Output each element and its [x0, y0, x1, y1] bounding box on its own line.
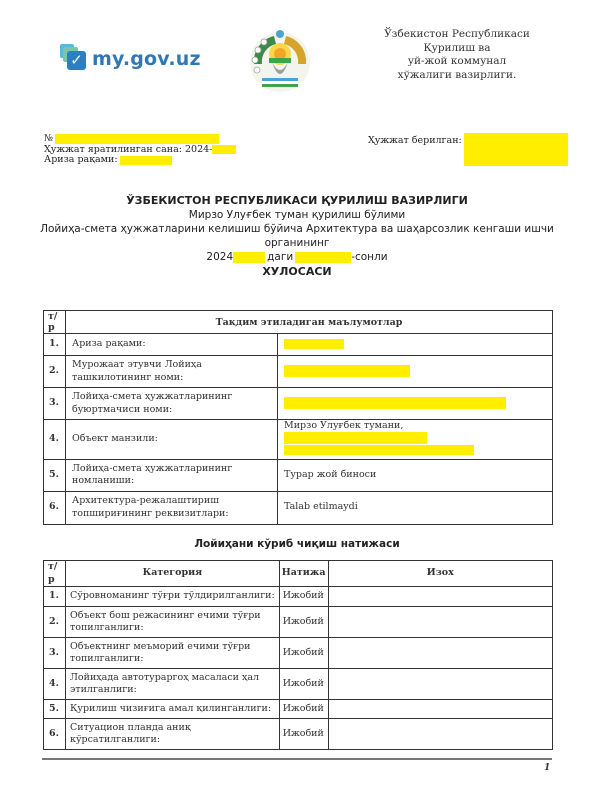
row-result: Ижобий: [279, 587, 328, 607]
row-number: 3.: [44, 388, 66, 420]
table-row: 2. Объект бош режасининг ечими тўғри топ…: [44, 607, 553, 638]
row-label: Мурожаат этувчи Лойиҳа ташкилотининг ном…: [66, 356, 278, 388]
table-row: 5. Қурилиш чизиғига амал қилинганлиги: И…: [44, 700, 553, 719]
row-result: Ижобий: [279, 638, 328, 669]
redacted-value: [284, 339, 344, 349]
row-note: [328, 719, 552, 750]
ministry-line: уй-жой коммунал: [382, 55, 532, 69]
footer-divider: [42, 758, 552, 760]
table-row: 2. Мурожаат этувчи Лойиҳа ташкилотининг …: [44, 356, 553, 388]
review-results-title: Лойиҳани кўриб чиқиш натижаси: [20, 538, 574, 550]
row-number: 2.: [44, 356, 66, 388]
submitted-info-table: т/р Тақдим этиладиган маълумотлар 1. Ари…: [43, 310, 553, 525]
row-category: Қурилиш чизиғига амал қилинганлиги:: [66, 700, 280, 719]
redacted-recipient: [464, 133, 568, 166]
document-meta: № Ҳужжат яратилинган сана: 2024- Ариза р…: [44, 134, 236, 166]
redacted-value: [284, 397, 506, 409]
row-category: Объектнинг меъморий ечими тўғри топилган…: [66, 638, 280, 669]
redacted-value: [284, 445, 474, 455]
redacted-date: [212, 145, 236, 154]
row-note: [328, 638, 552, 669]
ministry-header: Ўзбекистон Республикаси Қурилиш ва уй-жо…: [382, 28, 532, 82]
row-value: Турар жой биноси: [278, 459, 553, 491]
table-row: 4. Лойиҳада автотураргоҳ масаласи ҳал эт…: [44, 669, 553, 700]
council-title: Лойиҳа-смета ҳужжатларини келишиш бўйича…: [20, 222, 574, 236]
col-header-note: Изох: [328, 561, 552, 587]
table-header-row: т/р Тақдим этиладиган маълумотлар: [44, 311, 553, 334]
row-value: [278, 334, 553, 356]
review-results-table: т/р Категория Натижа Изох 1. Сўровномани…: [43, 560, 553, 750]
redacted-number: [55, 134, 219, 144]
table-row: 6. Ситуацион планда аниқ кўрсатилганлиги…: [44, 719, 553, 750]
ministry-line: хўжалиги вазирлиги.: [382, 69, 532, 83]
redacted-application-number: [120, 156, 172, 165]
table-row: 6. Архитектура-режалаштириш топшириғинин…: [44, 491, 553, 524]
row-number: 5.: [44, 459, 66, 491]
address-value: Мирзо Улуғбек тумани,: [284, 420, 403, 431]
state-emblem-icon: [244, 24, 316, 96]
row-value: Talab etilmaydi: [278, 491, 553, 524]
redacted-value: [284, 432, 427, 444]
redacted-doc-number: [295, 252, 351, 263]
redacted-date: [233, 252, 265, 263]
row-value: [278, 388, 553, 420]
col-header-number: т/р: [44, 561, 66, 587]
row-note: [328, 607, 552, 638]
row-label: Лойиҳа-смета ҳужжатларининг буюртмачиси …: [66, 388, 278, 420]
table-row: 5. Лойиҳа-смета ҳужжатларининг номланиши…: [44, 459, 553, 491]
row-number: 6.: [44, 491, 66, 524]
checkmark-icon: ✓: [60, 44, 86, 74]
row-value: Мирзо Улуғбек тумани,: [278, 420, 553, 460]
row-label: Объект манзили:: [66, 420, 278, 460]
row-result: Ижобий: [279, 700, 328, 719]
row-category: Ситуацион планда аниқ кўрсатилганлиги:: [66, 719, 280, 750]
number-label: №: [44, 134, 53, 145]
row-note: [328, 669, 552, 700]
application-number-label: Ариза рақами:: [44, 155, 118, 166]
year: 2024: [206, 250, 233, 264]
row-number: 6.: [44, 719, 66, 750]
document-date-number: 2024 даги -сонли: [20, 250, 574, 264]
row-number: 1.: [44, 587, 66, 607]
row-value: [278, 356, 553, 388]
ministry-title: ЎЗБЕКИСТОН РЕСПУБЛИКАСИ ҚУРИЛИШ ВАЗИРЛИГ…: [20, 193, 574, 208]
row-category: Объект бош режасининг ечими тўғри топилг…: [66, 607, 280, 638]
col-header-category: Категория: [66, 561, 280, 587]
row-number: 2.: [44, 607, 66, 638]
date-suffix: -сонли: [351, 250, 387, 264]
row-label: Лойиҳа-смета ҳужжатларининг номланиши:: [66, 459, 278, 491]
row-number: 5.: [44, 700, 66, 719]
row-result: Ижобий: [279, 669, 328, 700]
date-mid: даги: [267, 250, 293, 264]
row-label: Архитектура-режалаштириш топшириғининг р…: [66, 491, 278, 524]
table-row: 3. Лойиҳа-смета ҳужжатларининг буюртмачи…: [44, 388, 553, 420]
mygov-logo: ✓ my.gov.uz: [60, 44, 201, 74]
council-title-cont: органининг: [20, 236, 574, 250]
row-category: Сўровноманинг тўғри тўлдирилганлиги:: [66, 587, 280, 607]
row-number: 3.: [44, 638, 66, 669]
table-row: 1. Сўровноманинг тўғри тўлдирилганлиги: …: [44, 587, 553, 607]
row-note: [328, 587, 552, 607]
table-header-row: т/р Категория Натижа Изох: [44, 561, 553, 587]
row-result: Ижобий: [279, 607, 328, 638]
issued-to: Ҳужжат берилган:: [368, 133, 568, 166]
row-label: Ариза рақами:: [66, 334, 278, 356]
row-result: Ижобий: [279, 719, 328, 750]
row-category: Лойиҳада автотураргоҳ масаласи ҳал этилг…: [66, 669, 280, 700]
logo-text: my.gov.uz: [92, 48, 201, 70]
ministry-line: Ўзбекистон Республикаси: [382, 28, 532, 42]
document-title-block: ЎЗБЕКИСТОН РЕСПУБЛИКАСИ ҚУРИЛИШ ВАЗИРЛИГ…: [20, 193, 574, 279]
ministry-line: Қурилиш ва: [382, 42, 532, 56]
row-number: 1.: [44, 334, 66, 356]
col-header-number: т/р: [44, 311, 66, 334]
issued-label: Ҳужжат берилган:: [368, 135, 462, 146]
department-title: Мирзо Улуғбек туман қурилиш бўлими: [20, 208, 574, 222]
table-row: 1. Ариза рақами:: [44, 334, 553, 356]
col-header-info: Тақдим этиладиган маълумотлар: [66, 311, 553, 334]
table-row: 3. Объектнинг меъморий ечими тўғри топил…: [44, 638, 553, 669]
redacted-value: [284, 365, 410, 377]
row-note: [328, 700, 552, 719]
col-header-result: Натижа: [279, 561, 328, 587]
row-number: 4.: [44, 669, 66, 700]
table-row: 4. Объект манзили: Мирзо Улуғбек тумани,: [44, 420, 553, 460]
conclusion-title: ХУЛОСАСИ: [20, 264, 574, 279]
row-number: 4.: [44, 420, 66, 460]
page-number: 1: [544, 763, 550, 773]
